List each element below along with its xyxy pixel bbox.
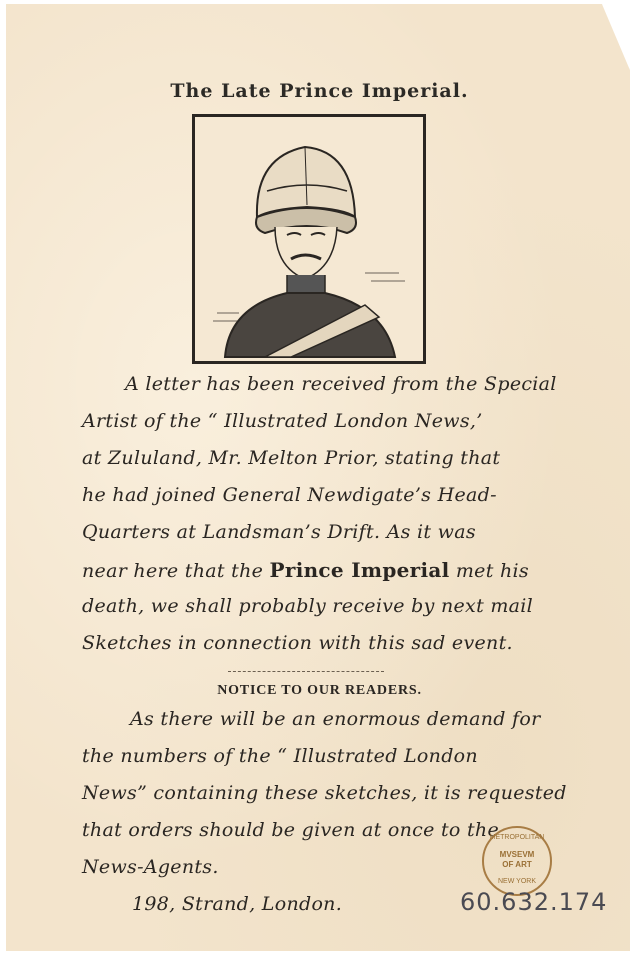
paragraph1-line1: A letter has been received from the Spec…: [125, 373, 557, 395]
stamp-bottom-text: NEW YORK: [484, 878, 550, 885]
paragraph2-line2: the numbers of the “ Illustrated London: [82, 745, 478, 767]
paragraph1-line8: Sketches in connection with this sad eve…: [82, 632, 513, 654]
paragraph1-line4: he had joined General Newdigate’s Head-: [82, 484, 497, 506]
stamp-line2: MVSEVM: [484, 850, 550, 859]
paragraph1-line5: Quarters at Landsman’s Drift. As it was: [82, 521, 476, 543]
line6-text-after: met his: [456, 560, 529, 582]
accession-number: 60.632.174: [460, 888, 607, 916]
stamp-top-text: METROPOLITAN: [484, 834, 550, 841]
document-title: The Late Prince Imperial.: [0, 80, 639, 102]
paragraph2-line4: that orders should be given at once to t…: [82, 819, 499, 841]
paragraph2-line5: News-Agents.: [82, 856, 219, 878]
notice-heading: NOTICE TO OUR READERS.: [0, 683, 639, 699]
portrait-engraving-icon: [195, 117, 423, 361]
paragraph1-line3: at Zululand, Mr. Melton Prior, stating t…: [82, 447, 500, 469]
line6-text-before: near here that the: [82, 560, 263, 582]
paragraph1-line2: Artist of the “ Illustrated London News,…: [82, 410, 483, 432]
stamp-line3: OF ART: [484, 860, 550, 869]
paragraph2-line3: News” containing these sketches, it is r…: [82, 782, 567, 804]
publisher-address: 198, Strand, London.: [132, 893, 342, 915]
portrait-illustration: [192, 114, 426, 364]
prince-imperial-emphasis: Prince Imperial: [270, 558, 450, 582]
paragraph1-line7: death, we shall probably receive by next…: [82, 595, 533, 617]
paragraph1-line6: near here that the Prince Imperial met h…: [82, 558, 529, 582]
paragraph2-line1: As there will be an enormous demand for: [130, 708, 541, 730]
museum-stamp: METROPOLITAN MVSEVM OF ART NEW YORK: [482, 826, 552, 896]
section-divider: [228, 671, 384, 674]
